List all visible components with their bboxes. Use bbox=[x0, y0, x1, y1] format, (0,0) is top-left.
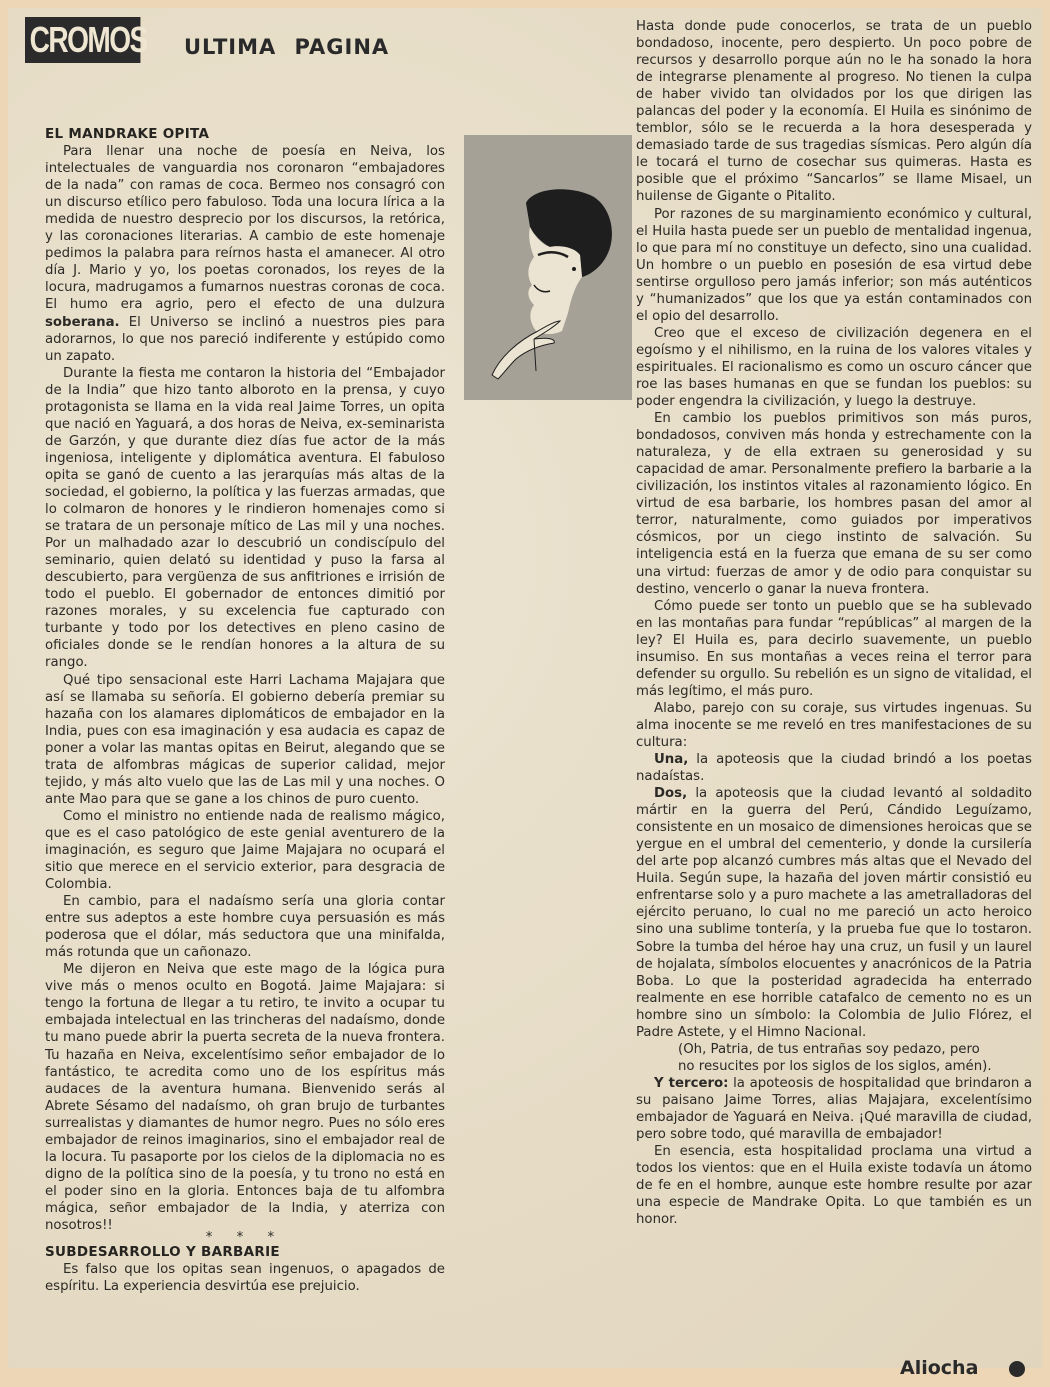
caricature-illustration bbox=[464, 135, 632, 400]
paragraph: Alabo, parejo con su coraje, sus virtude… bbox=[636, 700, 1032, 751]
right-column: Hasta donde pude conocerlos, se trata de… bbox=[636, 18, 1032, 1228]
section-heading: EL MANDRAKE OPITA bbox=[45, 126, 445, 143]
verse-line: no resucites por los siglos de los siglo… bbox=[636, 1058, 1032, 1075]
manifestation-two: Dos, la apoteosis que la ciudad levantó … bbox=[636, 785, 1032, 1041]
paragraph: Cómo puede ser tonto un pueblo que se ha… bbox=[636, 598, 1032, 700]
paragraph: Por razones de su marginamiento económic… bbox=[636, 206, 1032, 325]
paragraph: Como el ministro no entiende nada de rea… bbox=[45, 808, 445, 893]
manifestation-three: Y tercero: la apoteosis de hospitalidad … bbox=[636, 1075, 1032, 1143]
paragraph: Creo que el exceso de civilización degen… bbox=[636, 325, 1032, 410]
paragraph: Hasta donde pude conocerlos, se trata de… bbox=[636, 18, 1032, 206]
masthead: CROMOS bbox=[25, 17, 173, 63]
paragraph: Qué tipo sensacional este Harri Lachama … bbox=[45, 672, 445, 808]
paragraph: Es falso que los opitas sean ingenuos, o… bbox=[45, 1261, 445, 1295]
verse-line: (Oh, Patria, de tus entrañas soy pedazo,… bbox=[636, 1041, 1032, 1058]
end-mark-icon bbox=[1009, 1361, 1025, 1377]
manifestation-one: Una, la apoteosis que la ciudad brindó a… bbox=[636, 751, 1032, 785]
newspaper-page: CROMOS ULTIMA PAGINA EL MANDRAKE OPITA P… bbox=[8, 8, 1042, 1368]
paragraph: En cambio, para el nadaísmo sería una gl… bbox=[45, 893, 445, 961]
left-column: EL MANDRAKE OPITA Para llenar una noche … bbox=[45, 126, 445, 1295]
paragraph: Me dijeron en Neiva que este mago de la … bbox=[45, 961, 445, 1234]
section-heading: SUBDESARROLLO Y BARBARIE bbox=[45, 1244, 445, 1261]
paragraph: En cambio los pueblos primitivos son más… bbox=[636, 410, 1032, 598]
caricature-portrait-icon bbox=[464, 135, 632, 400]
author-signature: Aliocha bbox=[900, 1357, 978, 1379]
cromos-logo: CROMOS bbox=[25, 17, 140, 63]
paragraph: Para llenar una noche de poesía en Neiva… bbox=[45, 143, 445, 365]
page-section-title: ULTIMA PAGINA bbox=[184, 35, 389, 59]
paragraph: Durante la fiesta me contaron la histori… bbox=[45, 365, 445, 672]
paragraph: En esencia, esta hospitalidad proclama u… bbox=[636, 1143, 1032, 1228]
